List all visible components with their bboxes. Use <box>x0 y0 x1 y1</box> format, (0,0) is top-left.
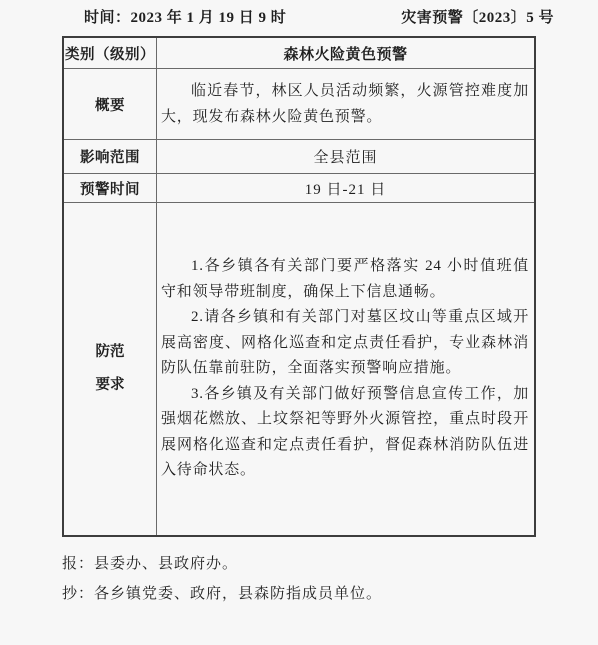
requirements-cell: 1.各乡镇各有关部门要严格落实 24 小时值班值守和领导带班制度，确保上下信息通… <box>157 203 536 537</box>
period-value: 19 日-21 日 <box>157 174 536 203</box>
requirement-item-1: 1.各乡镇各有关部门要严格落实 24 小时值班值守和领导带班制度，确保上下信息通… <box>161 254 529 305</box>
row-label-summary: 概要 <box>63 69 157 140</box>
row-label-requirements-cell: 防范要求 <box>63 203 157 537</box>
table-row-summary: 概要 临近春节，林区人员活动频繁，火源管控难度加大，现发布森林火险黄色预警。 <box>63 69 535 140</box>
warning-notice-document: 时间：2023 年 1 月 19 日 9 时 灾害预警〔2023〕5 号 类别（… <box>0 0 598 645</box>
row-label-category: 类别（级别） <box>63 37 157 69</box>
issue-time-text: 时间：2023 年 1 月 19 日 9 时 <box>84 6 286 27</box>
copy-to-line: 抄：各乡镇党委、政府，县森防指成员单位。 <box>62 579 598 609</box>
row-label-requirements: 防范要求 <box>94 336 126 401</box>
warning-table-container: 类别（级别） 森林火险黄色预警 概要 临近春节，林区人员活动频繁，火源管控难度加… <box>62 36 598 537</box>
document-header: 时间：2023 年 1 月 19 日 9 时 灾害预警〔2023〕5 号 <box>0 0 598 27</box>
requirements-paragraph-block: 1.各乡镇各有关部门要严格落实 24 小时值班值守和领导带班制度，确保上下信息通… <box>157 251 534 487</box>
distribution-notes: 报：县委办、县政府办。 抄：各乡镇党委、政府，县森防指成员单位。 <box>62 549 598 609</box>
row-label-scope: 影响范围 <box>63 140 157 174</box>
row-label-period: 预警时间 <box>63 174 157 203</box>
warning-table: 类别（级别） 森林火险黄色预警 概要 临近春节，林区人员活动频繁，火源管控难度加… <box>62 36 536 537</box>
report-to-line: 报：县委办、县政府办。 <box>62 549 598 579</box>
scope-value: 全县范围 <box>157 140 536 174</box>
table-row-requirements: 防范要求 1.各乡镇各有关部门要严格落实 24 小时值班值守和领导带班制度，确保… <box>63 203 535 537</box>
doc-number-text: 灾害预警〔2023〕5 号 <box>401 6 554 27</box>
table-row-period: 预警时间 19 日-21 日 <box>63 174 535 203</box>
table-row-category: 类别（级别） 森林火险黄色预警 <box>63 37 535 69</box>
summary-paragraph-block: 临近春节，林区人员活动频繁，火源管控难度加大，现发布森林火险黄色预警。 <box>157 75 534 133</box>
summary-cell: 临近春节，林区人员活动频繁，火源管控难度加大，现发布森林火险黄色预警。 <box>157 69 536 140</box>
summary-text: 临近春节，林区人员活动频繁，火源管控难度加大，现发布森林火险黄色预警。 <box>161 78 529 130</box>
requirement-item-3: 3.各乡镇及有关部门做好预警信息宣传工作，加强烟花燃放、上坟祭祀等野外火源管控，… <box>161 382 529 484</box>
requirement-item-2: 2.请各乡镇和有关部门对墓区坟山等重点区域开展高密度、网格化巡查和定点责任看护，… <box>161 305 529 382</box>
warning-title: 森林火险黄色预警 <box>157 37 536 69</box>
table-row-scope: 影响范围 全县范围 <box>63 140 535 174</box>
